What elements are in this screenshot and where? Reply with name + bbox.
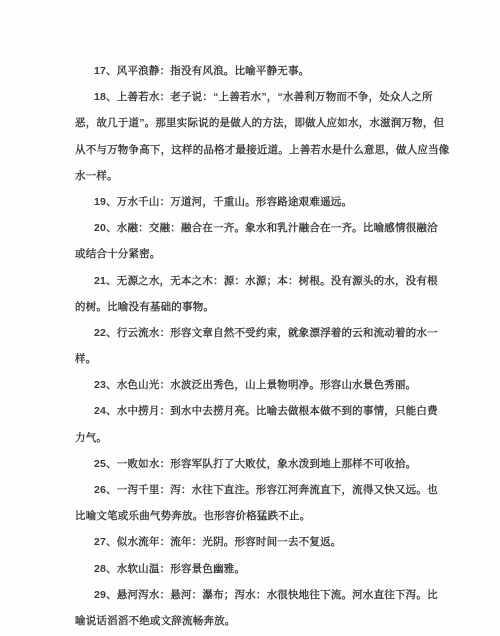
idiom-line: 21、无源之水，无本之木：源：水源；本：树根。没有源头的水，没有根 [75, 268, 445, 294]
idiom-item-28: 28、水软山温：形容景色幽雅。 [75, 556, 445, 582]
idiom-line: 29、悬河泻水：悬河：瀑布；泻水：水很快地往下流。河水直往下泻。比 [75, 582, 445, 608]
idiom-line: 20、水融：交融：融合在一齐。象水和乳汁融合在一齐。比喻感情很融洽 [75, 215, 445, 241]
idiom-item-17: 17、风平浪静：指没有风浪。比喻平静无事。 [75, 58, 445, 84]
idiom-item-21: 21、无源之水，无本之木：源：水源；本：树根。没有源头的水，没有根 的树。比喻没… [75, 268, 445, 320]
idiom-document: 17、风平浪静：指没有风浪。比喻平静无事。 18、上善若水：老子说：“上善若水”… [75, 58, 445, 634]
idiom-line: 18、上善若水：老子说：“上善若水”，“水善利万物而不争，处众人之所 [75, 84, 445, 110]
idiom-item-22: 22、行云流水：形容文章自然不受约束，就象漂浮着的云和流动着的水一 样。 [75, 320, 445, 372]
idiom-item-24: 24、水中捞月：到水中去捞月亮。比喻去做根本做不到的事情，只能白费 力气。 [75, 398, 445, 450]
idiom-line: 17、风平浪静：指没有风浪。比喻平静无事。 [75, 58, 445, 84]
idiom-line: 水一样。 [75, 163, 445, 189]
idiom-line: 19、万水千山：万道河，千重山。形容路途艰难遥远。 [75, 189, 445, 215]
idiom-line: 23、水色山光：水波泛出秀色，山上景物明净。形容山水景色秀丽。 [75, 372, 445, 398]
idiom-line: 的树。比喻没有基础的事物。 [75, 294, 445, 320]
idiom-line: 26、一泻千里：泻：水往下直注。形容江河奔流直下，流得又快又远。也 [75, 477, 445, 503]
idiom-line: 28、水软山温：形容景色幽雅。 [75, 556, 445, 582]
idiom-line: 22、行云流水：形容文章自然不受约束，就象漂浮着的云和流动着的水一 [75, 320, 445, 346]
idiom-item-20: 20、水融：交融：融合在一齐。象水和乳汁融合在一齐。比喻感情很融洽 或结合十分紧… [75, 215, 445, 267]
idiom-line: 从不与万物争高下，这样的品格才最接近道。上善若水是什么意思，做人应当像 [75, 137, 445, 163]
idiom-item-19: 19、万水千山：万道河，千重山。形容路途艰难遥远。 [75, 189, 445, 215]
idiom-line: 恶，故几于道”。那里实际说的是做人的方法，即做人应如水，水滋润万物，但 [75, 110, 445, 136]
idiom-item-26: 26、一泻千里：泻：水往下直注。形容江河奔流直下，流得又快又远。也 比喻文笔或乐… [75, 477, 445, 529]
idiom-item-18: 18、上善若水：老子说：“上善若水”，“水善利万物而不争，处众人之所 恶，故几于… [75, 84, 445, 189]
idiom-line: 24、水中捞月：到水中去捞月亮。比喻去做根本做不到的事情，只能白费 [75, 398, 445, 424]
idiom-line: 喻说话滔滔不绝或文辞流畅奔放。 [75, 608, 445, 634]
idiom-item-25: 25、一败如水：形容军队打了大败仗，象水泼到地上那样不可收拾。 [75, 451, 445, 477]
idiom-line: 25、一败如水：形容军队打了大败仗，象水泼到地上那样不可收拾。 [75, 451, 445, 477]
idiom-item-27: 27、似水流年：流年：光阴。形容时间一去不复返。 [75, 529, 445, 555]
idiom-item-29: 29、悬河泻水：悬河：瀑布；泻水：水很快地往下流。河水直往下泻。比 喻说话滔滔不… [75, 582, 445, 634]
idiom-line: 或结合十分紧密。 [75, 241, 445, 267]
idiom-line: 样。 [75, 346, 445, 372]
idiom-item-23: 23、水色山光：水波泛出秀色，山上景物明净。形容山水景色秀丽。 [75, 372, 445, 398]
idiom-line: 力气。 [75, 425, 445, 451]
idiom-line: 27、似水流年：流年：光阴。形容时间一去不复返。 [75, 529, 445, 555]
idiom-line: 比喻文笔或乐曲气势奔放。也形容价格猛跌不止。 [75, 503, 445, 529]
